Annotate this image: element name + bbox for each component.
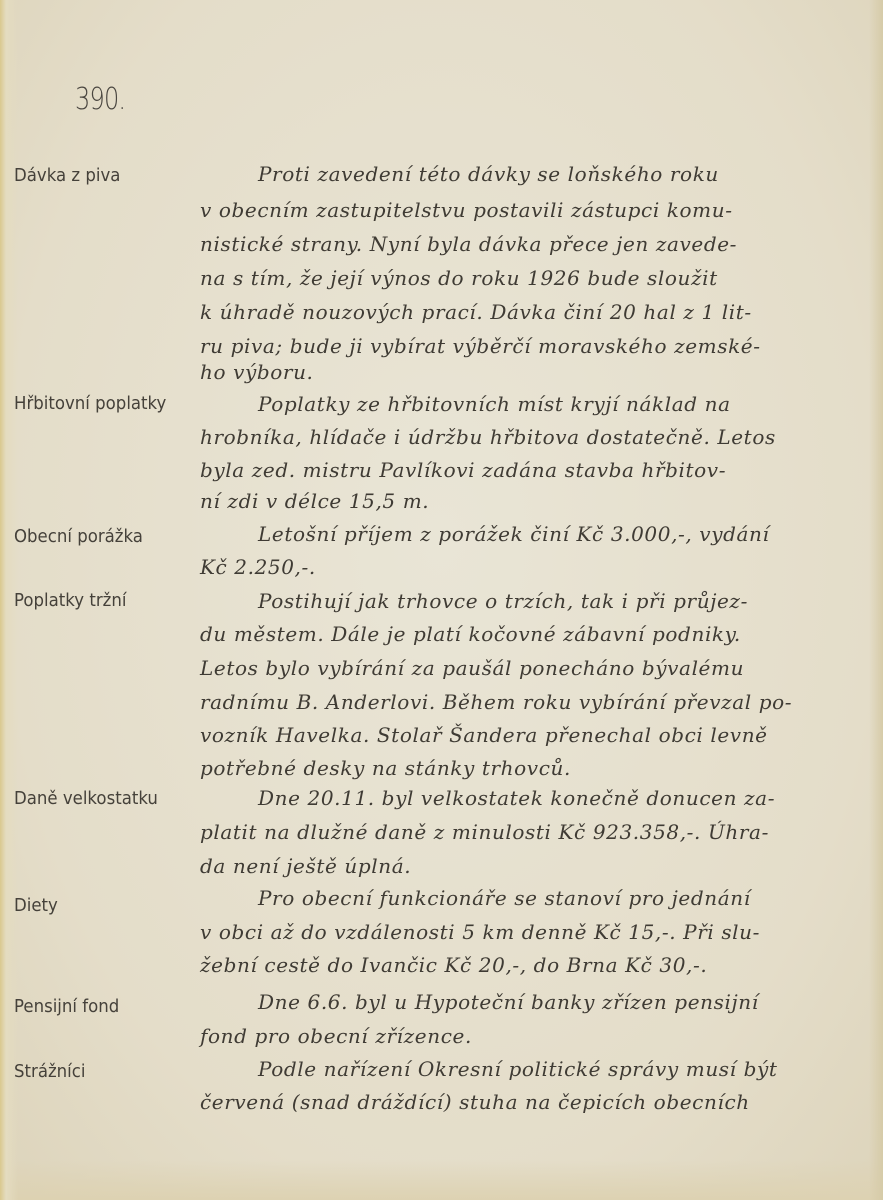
text-line: radnímu B. Anderlovi. Během roku vybírán… xyxy=(200,690,840,714)
text-line: byla zed. mistru Pavlíkovi zadána stavba… xyxy=(200,458,840,482)
text-line: potřebné desky na stánky trhovců. xyxy=(200,756,840,780)
text-line: červená (snad dráždící) stuha na čepicíc… xyxy=(200,1090,840,1114)
text-line: du městem. Dále je platí kočovné zábavní… xyxy=(200,622,840,646)
text-line: ho výboru. xyxy=(200,360,840,384)
text-line: k úhradě nouzových prací. Dávka činí 20 … xyxy=(200,300,840,324)
text-line: v obecním zastupitelstvu postavili zástu… xyxy=(200,198,840,222)
margin-label-market-fees: Poplatky tržní xyxy=(14,590,126,611)
margin-label-pension-fund: Pensijní fond xyxy=(14,996,119,1017)
text-line: v obci až do vzdálenosti 5 km denně Kč 1… xyxy=(200,920,840,944)
text-line: nistické strany. Nyní byla dávka přece j… xyxy=(200,232,840,256)
margin-label-allowances: Diety xyxy=(14,895,58,916)
text-line: fond pro obecní zřízence. xyxy=(200,1024,840,1048)
text-line: Podle nařízení Okresní politické správy … xyxy=(258,1057,883,1081)
text-line: ní zdi v délce 15,5 m. xyxy=(200,489,840,513)
text-line: ru piva; bude ji vybírat výběrčí moravsk… xyxy=(200,334,840,358)
margin-label-beer-tax: Dávka z piva xyxy=(14,165,120,186)
text-line: na s tím, že její výnos do roku 1926 bud… xyxy=(200,266,840,290)
text-line: žební cestě do Ivančic Kč 20,-, do Brna … xyxy=(200,953,840,977)
text-line: Letos bylo vybírání za paušál ponecháno … xyxy=(200,656,840,680)
page-number: 390. xyxy=(75,82,125,117)
text-line: platit na dlužné daně z minulosti Kč 923… xyxy=(200,820,840,844)
text-line: hrobníka, hlídače i údržbu hřbitova dost… xyxy=(200,425,840,449)
text-line: Letošní příjem z porážek činí Kč 3.000,-… xyxy=(258,522,883,546)
text-line: da není ještě úplná. xyxy=(200,854,840,878)
text-line: Proti zavedení této dávky se loňského ro… xyxy=(258,162,883,186)
text-line: Kč 2.250,-. xyxy=(200,555,840,579)
margin-label-municipal-slaughterhouse: Obecní porážka xyxy=(14,526,143,547)
handwritten-chronicle-page: 390. Dávka z piva Hřbitovní poplatky Obe… xyxy=(0,0,883,1200)
margin-label-estate-taxes: Daně velkostatku xyxy=(14,788,158,809)
margin-label-watchmen: Strážníci xyxy=(14,1061,85,1082)
text-line: Postihují jak trhovce o trzích, tak i př… xyxy=(258,589,883,613)
margin-label-cemetery-fees: Hřbitovní poplatky xyxy=(14,393,166,414)
text-line: Poplatky ze hřbitovních míst kryjí nákla… xyxy=(258,392,883,416)
text-line: Dne 6.6. byl u Hypoteční banky zřízen pe… xyxy=(258,990,883,1014)
text-line: Dne 20.11. byl velkostatek konečně donuc… xyxy=(258,786,883,810)
text-line: vozník Havelka. Stolař Šandera přenechal… xyxy=(200,723,840,747)
text-line: Pro obecní funkcionáře se stanoví pro je… xyxy=(258,886,883,910)
